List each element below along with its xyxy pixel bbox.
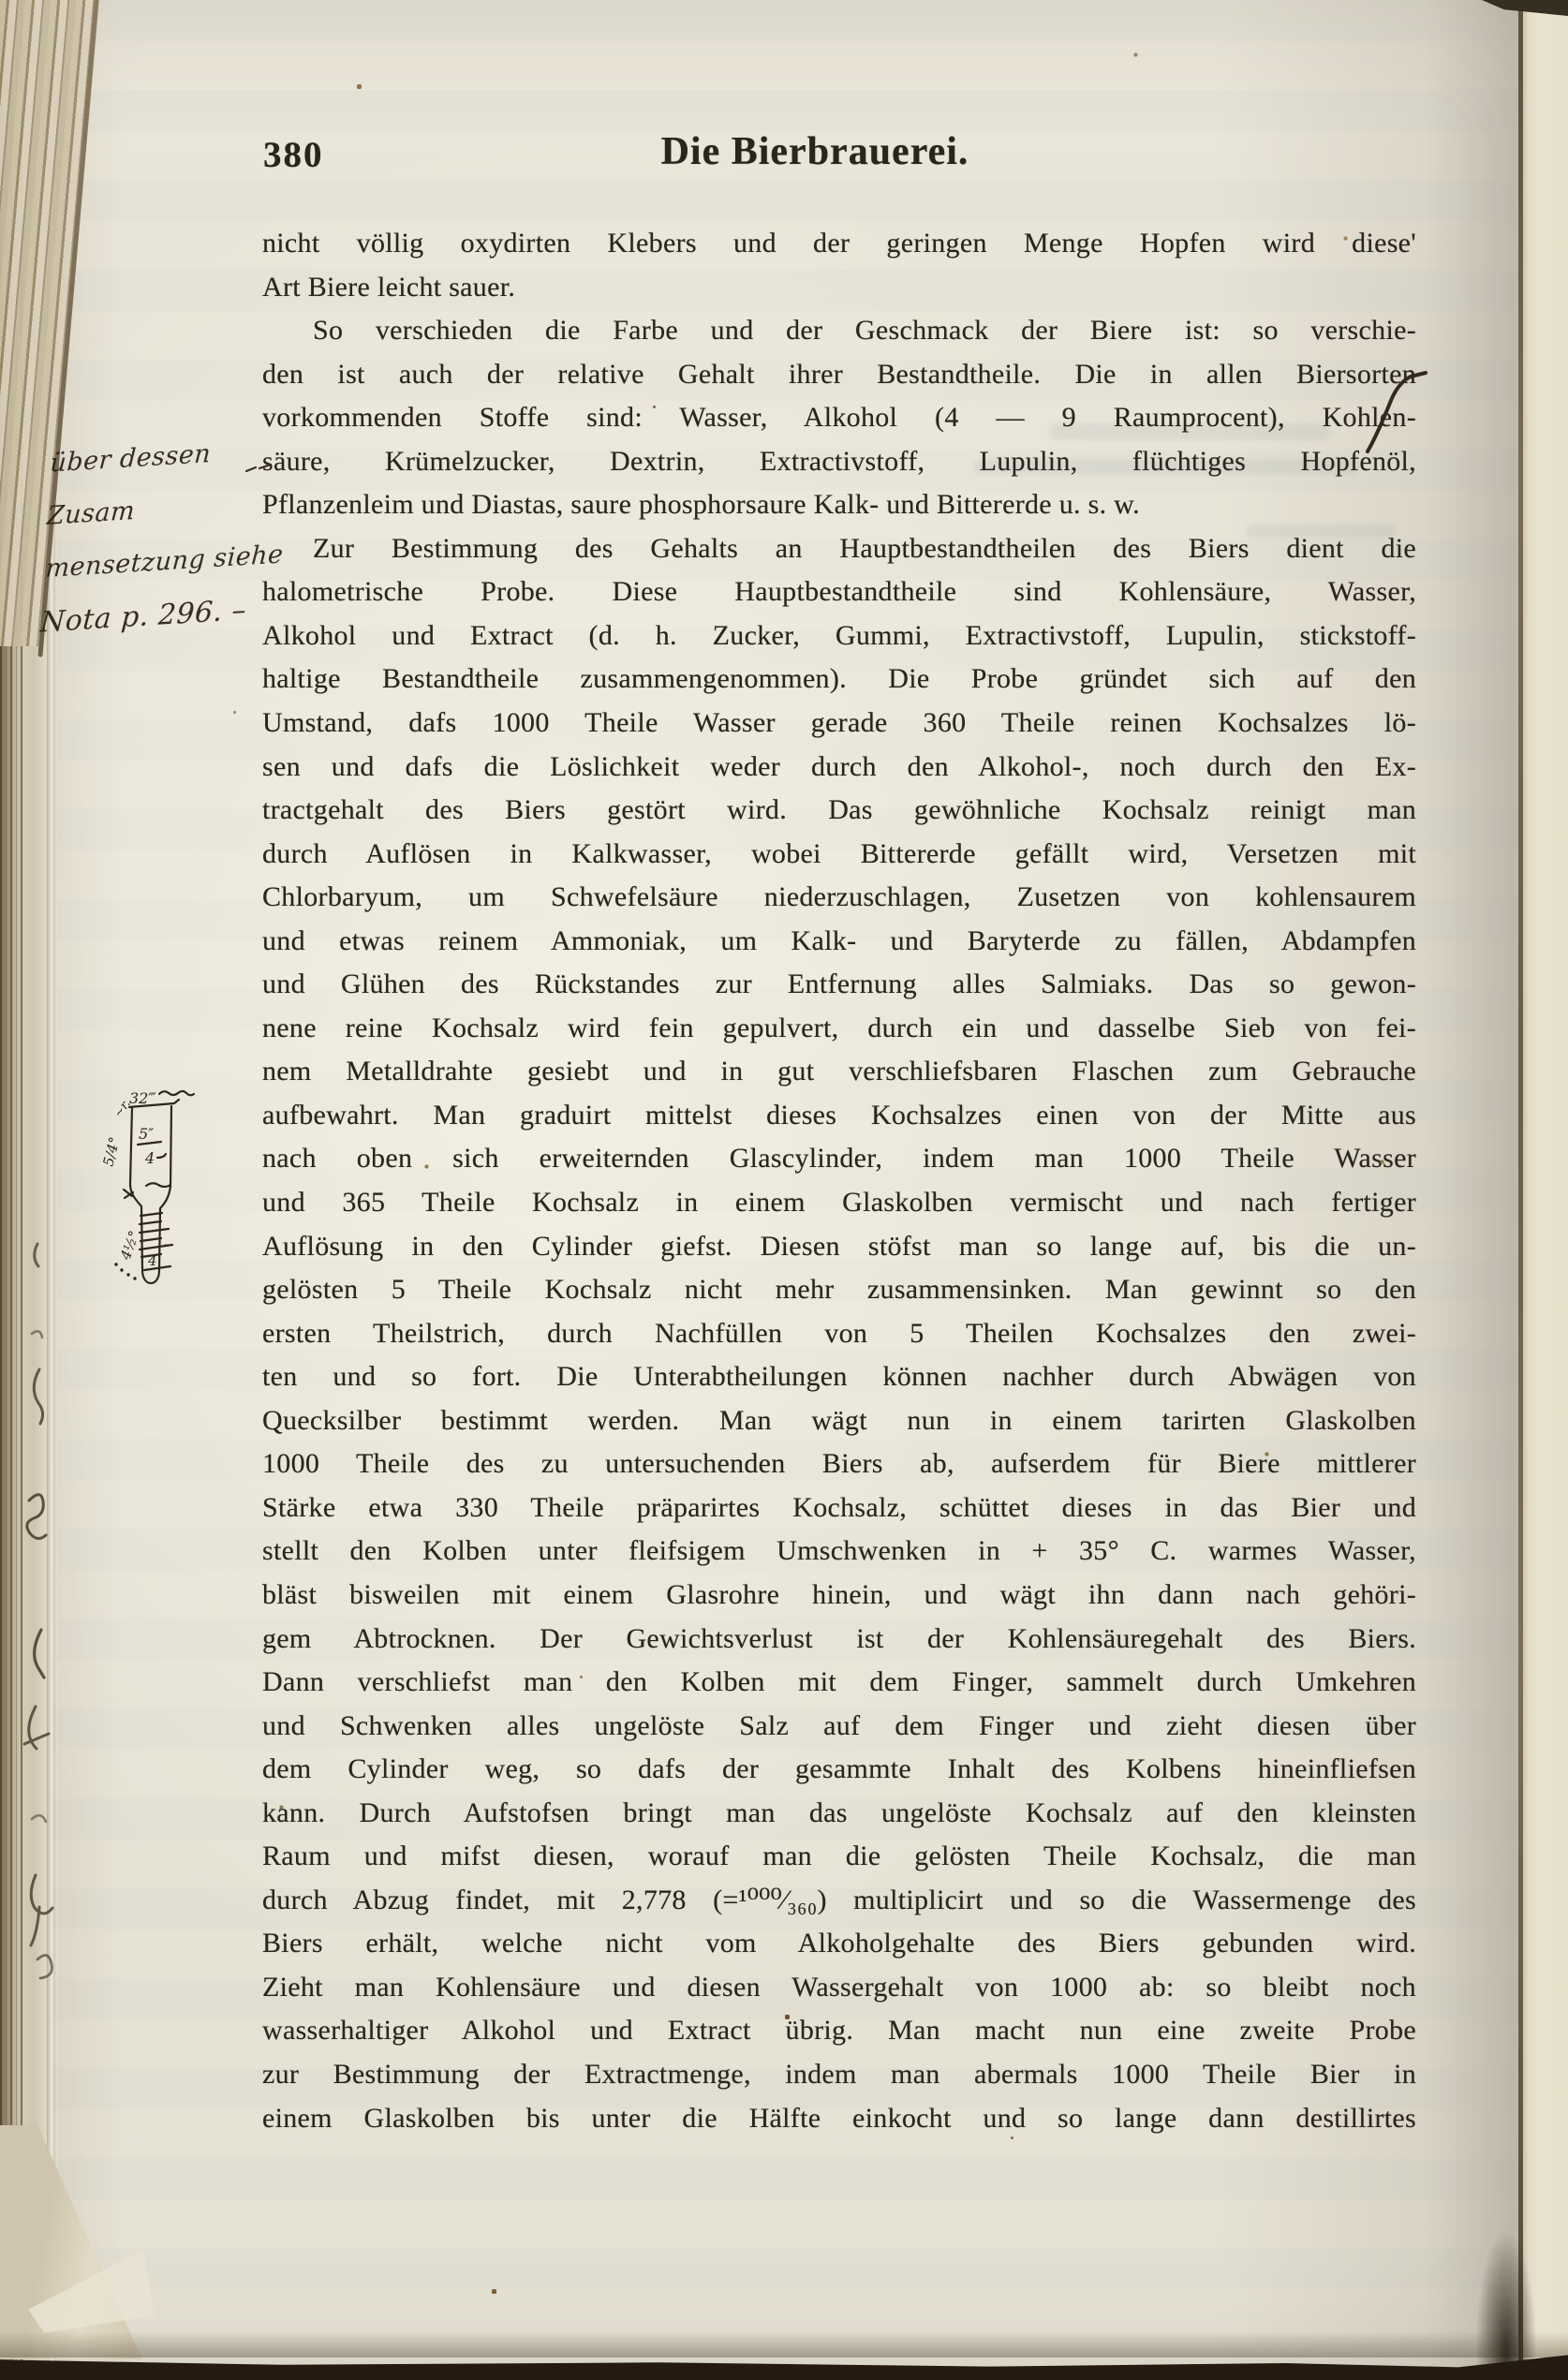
text-line: und etwas reinem Ammoniak, um Kalk- und …	[262, 920, 1416, 964]
text-line: Alkohol und Extract (d. h. Zucker, Gummi…	[262, 614, 1416, 658]
text-line: Chlorbaryum, um Schwefelsäure niederzusc…	[262, 876, 1416, 920]
text-line: haltige Bestandtheile zusammengenommen).…	[262, 658, 1416, 702]
bottom-shadow-gradient	[0, 2331, 1568, 2358]
text-line: durch Abzug findet, mit 2,778 (=¹⁰⁰⁰⁄₃₆₀…	[262, 1879, 1416, 1923]
text-line: Quecksilber bestimmt werden. Man wägt nu…	[262, 1399, 1416, 1443]
text-line: und Schwenken alles ungelöste Salz auf d…	[262, 1705, 1416, 1749]
sketch-label-side: 5/4°	[99, 1135, 123, 1168]
text-line: Raum und mifst diesen, worauf man die ge…	[262, 1835, 1416, 1879]
text-line: So verschieden die Farbe und der Geschma…	[262, 309, 1416, 353]
text-line: nene reine Kochsalz wird fein gepulvert,…	[262, 1007, 1416, 1051]
text-line: einem Glaskolben bis unter die Hälfte ei…	[262, 2097, 1416, 2141]
text-line: nach oben sich erweiternden Glascylinder…	[262, 1137, 1416, 1181]
text-line: nicht völlig oxydirten Klebers und der g…	[262, 222, 1416, 266]
text-line: halometrische Probe. Diese Hauptbestandt…	[262, 570, 1416, 614]
sketch-neck-squiggle	[146, 1183, 170, 1187]
text-line: Biers erhält, welche nicht vom Alkoholge…	[262, 1922, 1416, 1966]
text-line: wasserhaltiger Alkohol und Extract übrig…	[262, 2009, 1416, 2053]
text-line: gelösten 5 Theile Kochsalz nicht mehr zu…	[262, 1268, 1416, 1312]
text-line: nem Metalldrahte gesiebt und in gut vers…	[262, 1050, 1416, 1094]
sketch-label-tube-prime: ‴	[163, 1243, 170, 1257]
text-line: Pflanzenleim und Diastas, saure phosphor…	[262, 483, 1416, 527]
text-line: ersten Theilstrich, durch Nachfüllen von…	[262, 1312, 1416, 1356]
text-block: nicht völlig oxydirten Klebers und der g…	[262, 222, 1416, 2140]
sketch-label-tube: 4	[147, 1252, 157, 1269]
text-line: Dann verschliefst man den Kolben mit dem…	[262, 1661, 1416, 1705]
text-line: und Glühen des Rückstandes zur Entfernun…	[262, 963, 1416, 1007]
text-line: ten und so fort. Die Unterabtheilungen k…	[262, 1355, 1416, 1399]
text-line: Zieht man Kohlensäure und diesen Wasserg…	[262, 1966, 1416, 2010]
text-line: dem Cylinder weg, so dafs der gesammte I…	[262, 1748, 1416, 1792]
text-line: den ist auch der relative Gehalt ihrer B…	[262, 353, 1416, 397]
book-scan-page: 380 Die Bierbrauerei. nicht völlig oxydi…	[0, 0, 1568, 2380]
text-line: säure, Krümelzucker, Dextrin, Extractivs…	[262, 440, 1416, 484]
text-line: Auflösung in den Cylinder giefst. Diesen…	[262, 1225, 1416, 1269]
sketch-label-top: 32‴	[129, 1089, 156, 1107]
text-line: Art Biere leicht sauer.	[262, 266, 1416, 310]
text-line: aufbewahrt. Man graduirt mittelst dieses…	[262, 1094, 1416, 1138]
bottom-right-shadow	[1476, 2232, 1536, 2373]
margin-note-line: über dessen Zusam	[45, 422, 294, 543]
sketch-label-bowl-num: 5″	[139, 1125, 154, 1143]
text-line: durch Auflösen in Kalkwasser, wobei Bitt…	[262, 833, 1416, 877]
sketch-label-bowl-den: 4	[144, 1149, 155, 1167]
text-line: vorkommenden Stoffe sind: Wasser, Alkoho…	[262, 396, 1416, 440]
running-header-title: Die Bierbrauerei.	[262, 129, 1368, 174]
text-line: sen und dafs die Löslichkeit weder durch…	[262, 746, 1416, 790]
sketch-label-lower: 4½°	[117, 1229, 143, 1264]
paper-specks	[0, 0, 1, 1]
text-line: zur Bestimmung der Extractmenge, indem m…	[262, 2053, 1416, 2097]
text-line: und 365 Theile Kochsalz in einem Glaskol…	[262, 1181, 1416, 1225]
text-line: Stärke etwa 330 Theile präparirtes Kochs…	[262, 1486, 1416, 1530]
handwritten-flourish	[1360, 365, 1431, 459]
sketch-top-squiggle	[159, 1091, 194, 1095]
text-line: 1000 Theile des zu untersuchenden Biers …	[262, 1442, 1416, 1486]
margin-scribbles	[13, 1236, 69, 2004]
text-line: Zur Bestimmung des Gehalts an Hauptbesta…	[262, 527, 1416, 571]
text-line: gem Abtrocknen. Der Gewichtsverlust ist …	[262, 1618, 1416, 1662]
text-line: Umstand, dafs 1000 Theile Wasser gerade …	[262, 702, 1416, 746]
next-page-edge	[1521, 0, 1568, 2380]
text-line: bläst bisweilen mit einem Glasrohre hine…	[262, 1574, 1416, 1618]
handwritten-underline-marks	[244, 455, 281, 478]
margin-sketch-cylinder: 32‴ 5″ 4 5/4° ~r. 4½° 4 ‴	[88, 1066, 219, 1347]
text-line: kann. Durch Aufstofsen bringt man das un…	[262, 1792, 1416, 1836]
text-line: tractgehalt des Biers gestört wird. Das …	[262, 789, 1416, 833]
text-line: stellt den Kolben unter fleifsigem Umsch…	[262, 1530, 1416, 1574]
page-gutter-seam	[1518, 0, 1523, 2380]
